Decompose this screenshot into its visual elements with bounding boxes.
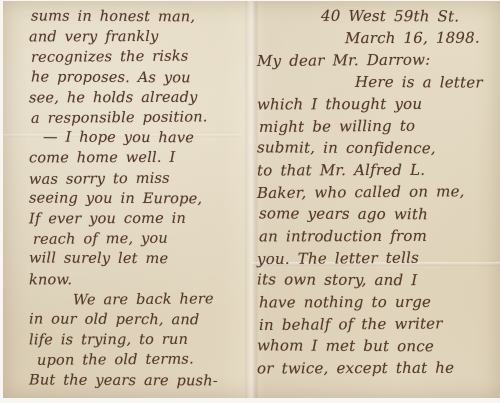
handwriting-line: which I thought you xyxy=(257,93,499,116)
handwriting-line: sums in honest man, xyxy=(29,6,243,27)
handwriting-line: recognizes the risks xyxy=(29,46,243,68)
handwriting-line: a responsible position. xyxy=(29,107,243,129)
handwriting-line: might be willing to xyxy=(257,114,499,138)
letter-page-right: 40 West 59th St.March 16, 1898.My dear M… xyxy=(257,5,499,379)
handwriting-line: see, he holds already xyxy=(29,87,243,108)
handwriting-line: to that Mr. Alfred L. xyxy=(257,159,499,182)
handwriting-line: life is trying, to run xyxy=(29,330,243,351)
handwriting-line: — I hope you have xyxy=(29,128,243,149)
handwriting-line: submit, in confidence, xyxy=(257,136,499,159)
handwriting-line: come home well. I xyxy=(29,148,243,169)
handwriting-line: you. The letter tells xyxy=(257,246,499,270)
handwriting-line: If ever you come in xyxy=(29,209,243,230)
letter-paper: sums in honest man,and very franklyrecog… xyxy=(3,1,500,398)
handwriting-line: reach of me, you xyxy=(29,228,243,250)
handwriting-line: will surely let me xyxy=(29,249,243,270)
scanned-letter: { "document": { "kind": "handwritten-let… xyxy=(0,0,500,403)
handwriting-line: he proposes. As you xyxy=(29,67,243,88)
handwriting-line: was sorry to miss xyxy=(29,168,243,190)
letter-page-left: sums in honest man,and very franklyrecog… xyxy=(29,7,243,391)
handwriting-line: March 16, 1898. xyxy=(257,27,499,50)
handwriting-line: have nothing to urge xyxy=(257,291,499,314)
handwriting-line: We are back here xyxy=(29,289,243,311)
handwriting-line: whom I met but once xyxy=(257,334,499,357)
handwriting-line: Baker, who called on me, xyxy=(257,180,499,204)
handwriting-line: or twice, except that he xyxy=(257,357,499,380)
handwriting-line: some years ago with xyxy=(257,202,499,225)
handwriting-line: 40 West 59th St. xyxy=(257,4,499,27)
handwriting-line: seeing you in Europe, xyxy=(29,188,243,209)
handwriting-line: and very frankly xyxy=(29,27,243,48)
handwriting-line: an introduction from xyxy=(257,225,499,248)
handwriting-line: know. xyxy=(29,269,243,290)
handwriting-line: Here is a letter xyxy=(257,70,499,93)
handwriting-line: in our old perch, and xyxy=(29,309,243,330)
handwriting-line: My dear Mr. Darrow: xyxy=(257,48,499,72)
handwriting-line: in behalf of the writer xyxy=(257,312,499,336)
handwriting-line: upon the old terms. xyxy=(29,350,243,372)
handwriting-line: its own story, and I xyxy=(257,268,499,291)
handwriting-line: But the years are push- xyxy=(29,370,243,391)
